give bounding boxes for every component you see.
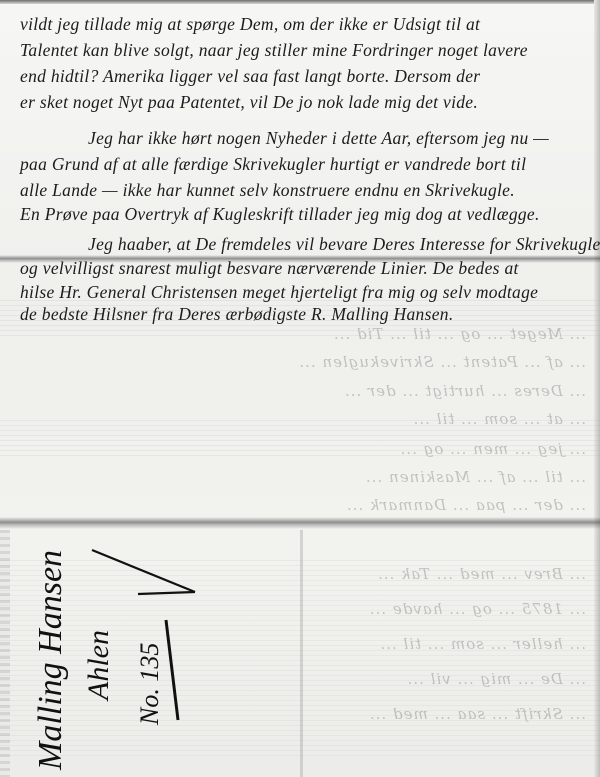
letter-signature-line: de bedste Hilsner fra Deres ærbødigste R… [20,304,454,325]
letter-line: En Prøve paa Overtryk af Kugleskrift til… [20,204,540,225]
page-top-edge [0,0,600,4]
letter-line: Talentet kan blive solgt, naar jeg still… [20,40,528,61]
letter-line-indented: Jeg haaber, at De fremdeles vil bevare D… [88,234,600,255]
bleed-through-line: ... af ... Patent ... Skrivekuglen ... [20,353,586,371]
bleed-through-line: ... at ... som ... til ... [20,410,586,428]
letter-line: end hidtil? Amerika ligger vel saa fast … [20,66,480,87]
letter-page: ... Meget ... og ... til ... Tid ... ...… [0,0,600,777]
letter-line: vildt jeg tillade mig at spørge Dem, om … [20,14,480,35]
bleed-through-line: ... Deres ... hurtigt ... der ... [20,382,586,400]
letter-line: og velvilligst snarest muligt besvare næ… [20,258,519,279]
bleed-through-line: ... til ... af ... Maskinen ... [20,468,586,486]
letter-line: paa Grund af at alle færdige Skrivekugle… [20,154,526,175]
bleed-through-line: ... jeg ... men ... og ... [20,440,586,458]
docket-arrow-icon [0,530,600,777]
letter-line: er sket noget Nyt paa Patentet, vil De j… [20,92,478,113]
letter-line-indented: Jeg har ikke hørt nogen Nyheder i dette … [88,128,549,149]
bleed-through-line: ... der ... paa ... Danmark ... [20,496,586,514]
bleed-through-line: ... Meget ... og ... til ... Tid ... [20,325,586,343]
fold-crease [0,517,600,529]
letter-line: alle Lande — ikke har kunnet selv konstr… [20,180,515,201]
letter-line: hilse Hr. General Christensen meget hjer… [20,282,538,303]
